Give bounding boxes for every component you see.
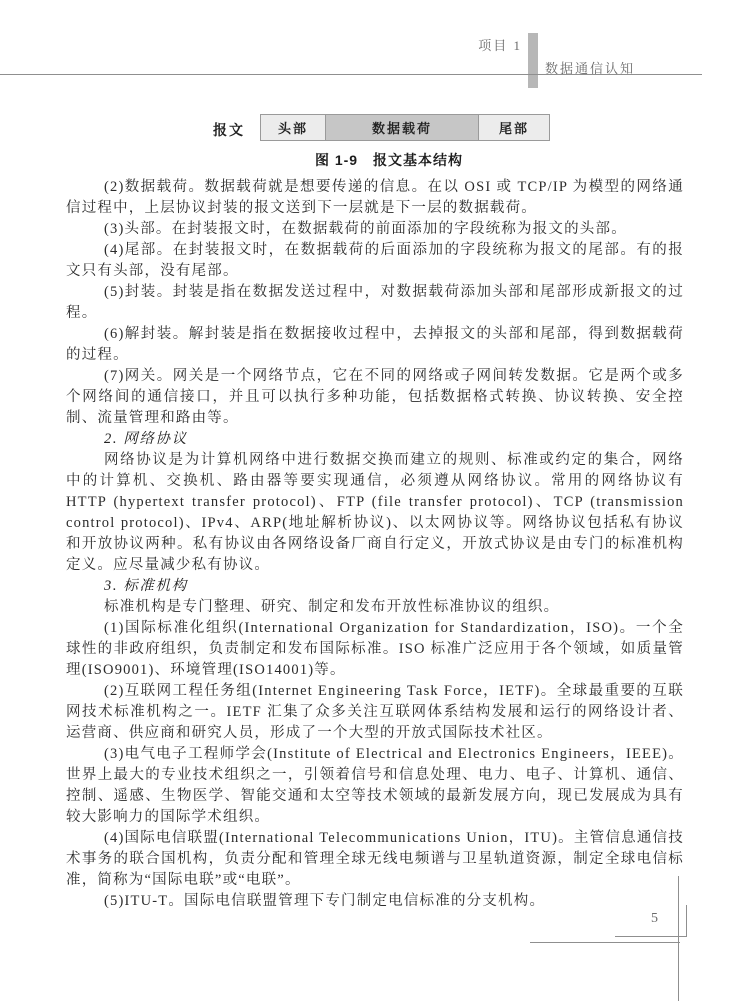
header-rule <box>0 74 702 75</box>
paragraph: (3)头部。在封装报文时，在数据载荷的前面添加的字段统称为报文的头部。 <box>66 219 684 240</box>
message-structure-boxes: 头部数据载荷尾部 <box>260 114 550 141</box>
paragraph: 网络协议是为计算机网络中进行数据交换而建立的规则、标准或约定的集合，网络中的计算… <box>66 450 684 576</box>
figure-segment-1: 头部 <box>260 114 326 141</box>
chapter-label: 项目 1 <box>0 35 522 54</box>
figure-segment-3: 尾部 <box>479 114 550 141</box>
paragraph: (2)互联网工程任务组(Internet Engineering Task Fo… <box>66 681 684 744</box>
paragraph: (7)网关。网关是一个网络节点，它在不同的网络或子网间转发数据。它是两个或多个网… <box>66 366 684 429</box>
footer-corner-line-horizontal <box>615 936 687 937</box>
book-page: 项目 1 数据通信认知 报文 头部数据载荷尾部 图 1-9 报文基本结构 (2)… <box>0 0 750 1001</box>
paragraph: (6)解封装。解封装是指在数据接收过程中，去掉报文的头部和尾部，得到数据载荷的过… <box>66 324 684 366</box>
figure-caption: 图 1-9 报文基本结构 <box>14 150 750 170</box>
page-number: 5 <box>651 911 658 927</box>
paragraph: (2)数据载荷。数据载荷就是想要传递的信息。在以 OSI 或 TCP/IP 为模… <box>66 177 684 219</box>
paragraph: (1)国际标准化组织(International Organization fo… <box>66 618 684 681</box>
paragraph: (3)电气电子工程师学会(Institute of Electrical and… <box>66 744 684 828</box>
paragraph: (4)尾部。在封装报文时，在数据载荷的后面添加的字段统称为报文的尾部。有的报文只… <box>66 240 684 282</box>
paragraph: 标准机构是专门整理、研究、制定和发布开放性标准协议的组织。 <box>66 597 684 618</box>
paragraph: (5)ITU-T。国际电信联盟管理下专门制定电信标准的分支机构。 <box>66 891 684 912</box>
body-text: (2)数据载荷。数据载荷就是想要传递的信息。在以 OSI 或 TCP/IP 为模… <box>66 177 684 912</box>
paragraph: (5)封装。封装是指在数据发送过程中，对数据载荷添加头部和尾部形成新报文的过程。 <box>66 282 684 324</box>
paragraph: (4)国际电信联盟(International Telecommunicatio… <box>66 828 684 891</box>
section-heading: 3. 标准机构 <box>66 576 684 597</box>
section-heading: 2. 网络协议 <box>66 429 684 450</box>
footer-long-line-vertical <box>678 876 679 1001</box>
figure-segment-2: 数据载荷 <box>326 114 479 141</box>
footer-long-line-horizontal <box>530 942 680 943</box>
header-accent-bar <box>528 33 538 88</box>
figure-row-label: 报文 <box>213 120 245 140</box>
footer-corner-line-vertical <box>686 905 687 937</box>
